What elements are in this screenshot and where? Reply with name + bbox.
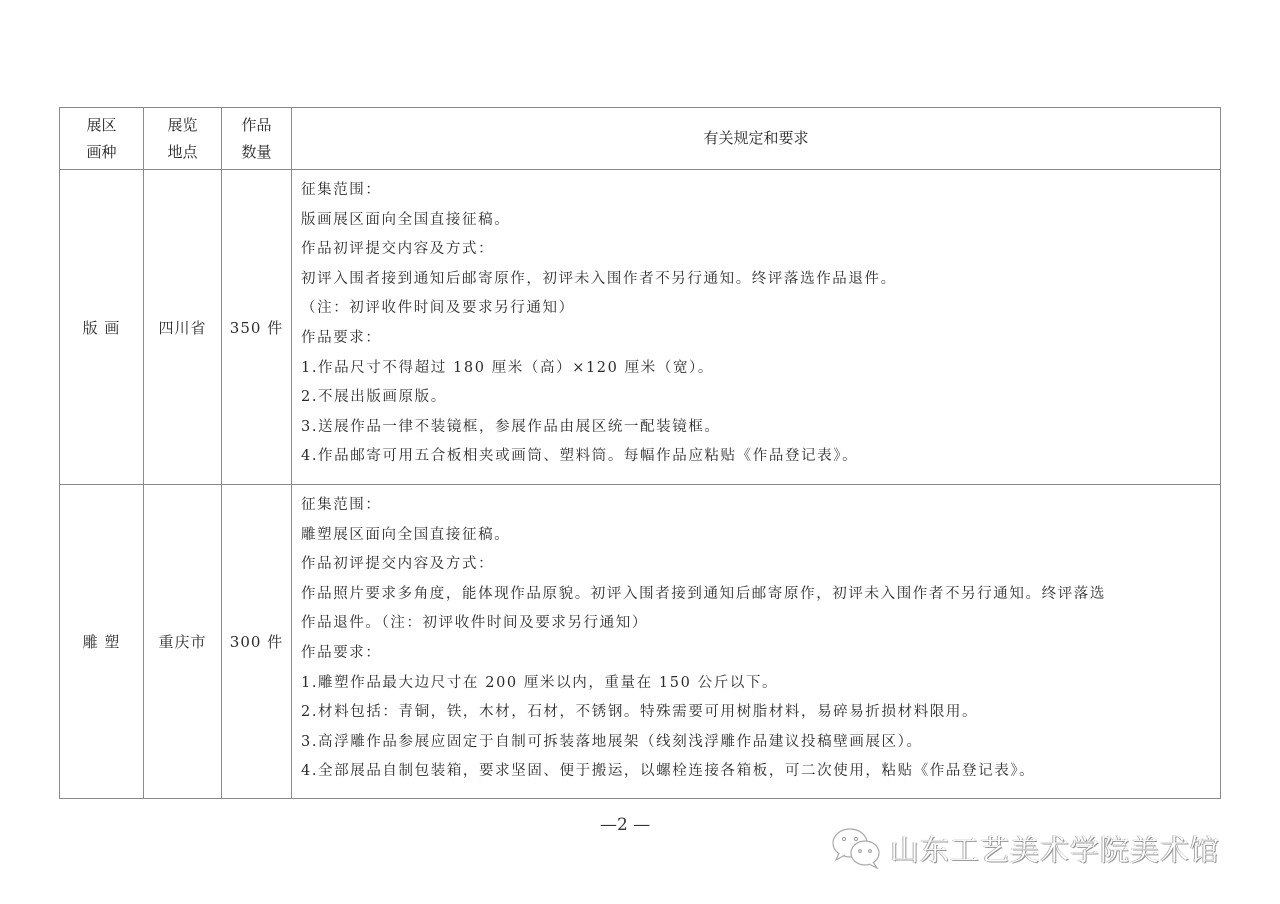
row-requirements: 征集范围： 雕塑展区面向全国直接征稿。 作品初评提交内容及方式： 作品照片要求多… — [292, 485, 1221, 799]
watermark: 山东工艺美术学院美术馆 — [830, 826, 1220, 870]
row-location: 重庆市 — [144, 485, 222, 799]
wechat-icon — [830, 826, 884, 870]
table-header-row: 展区 画种 展览 地点 作品 数量 有关规定和要求 — [60, 108, 1221, 170]
header-location: 展览 地点 — [144, 108, 222, 170]
watermark-text: 山东工艺美术学院美术馆 — [890, 828, 1220, 869]
header-requirements: 有关规定和要求 — [292, 108, 1221, 170]
row-count: 300 件 — [222, 485, 292, 799]
table-row: 版 画 四川省 350 件 征集范围： 版画展区面向全国直接征稿。 作品初评提交… — [60, 170, 1221, 485]
requirements-table: 展区 画种 展览 地点 作品 数量 有关规定和要求 版 画 四川省 350 件 … — [59, 107, 1221, 799]
table-row: 雕 塑 重庆市 300 件 征集范围： 雕塑展区面向全国直接征稿。 作品初评提交… — [60, 485, 1221, 799]
header-category: 展区 画种 — [60, 108, 144, 170]
header-count: 作品 数量 — [222, 108, 292, 170]
page-number: —2 — — [600, 815, 650, 835]
row-category: 版 画 — [60, 170, 144, 485]
row-requirements: 征集范围： 版画展区面向全国直接征稿。 作品初评提交内容及方式： 初评入围者接到… — [292, 170, 1221, 485]
row-category: 雕 塑 — [60, 485, 144, 799]
row-count: 350 件 — [222, 170, 292, 485]
row-location: 四川省 — [144, 170, 222, 485]
